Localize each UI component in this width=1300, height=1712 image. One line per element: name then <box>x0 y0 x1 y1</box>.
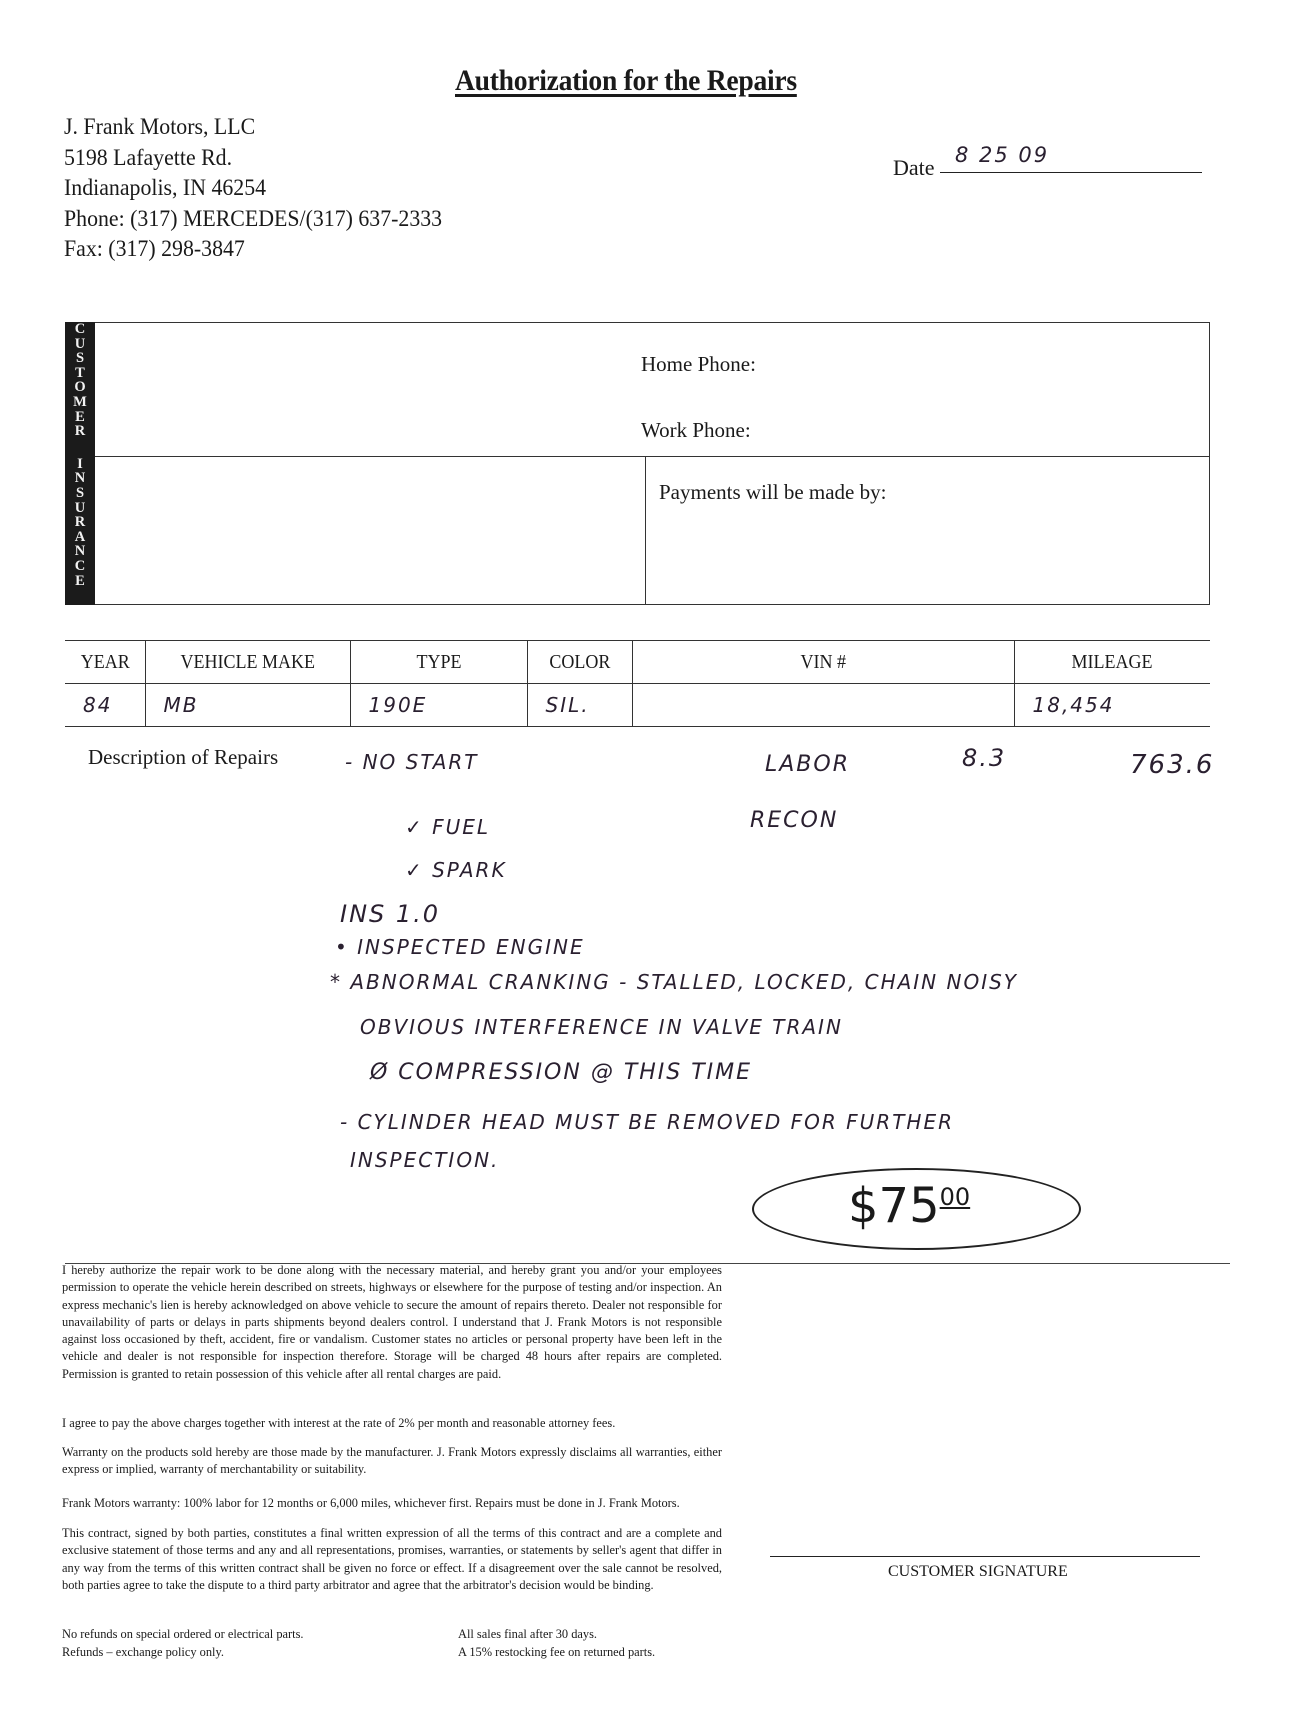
sidebar-letter: C <box>65 322 95 337</box>
home-phone-label: Home Phone: <box>641 352 756 377</box>
sidebar-letter: R <box>65 424 95 439</box>
authorization-text: I hereby authorize the repair work to be… <box>62 1262 722 1383</box>
make-value[interactable]: MB <box>145 684 350 727</box>
sidebar-insurance-label: INSURANCE <box>65 457 95 588</box>
color-value[interactable]: SIL. <box>527 684 632 727</box>
sidebar-customer-label: CUSTOMER <box>65 322 95 439</box>
signature-label: CUSTOMER SIGNATURE <box>888 1563 1068 1581</box>
repair-line: - NO START <box>345 750 479 774</box>
interest-text: I agree to pay the above charges togethe… <box>62 1415 722 1432</box>
payments-divider <box>645 456 646 605</box>
sidebar-letter: R <box>65 515 95 530</box>
col-make: VEHICLE MAKE <box>145 641 350 684</box>
company-info: J. Frank Motors, LLC 5198 Lafayette Rd. … <box>64 112 462 265</box>
sidebar-letter: I <box>65 457 95 472</box>
signature-field[interactable] <box>770 1556 1200 1557</box>
sidebar-letter: U <box>65 337 95 352</box>
repair-line: ✓ FUEL <box>405 815 490 839</box>
frank-warranty-text: Frank Motors warranty: 100% labor for 12… <box>62 1495 722 1512</box>
work-phone-label: Work Phone: <box>641 418 751 443</box>
sidebar-letter: E <box>65 410 95 425</box>
refund-policy: No refunds on special ordered or electri… <box>62 1625 304 1661</box>
sidebar-letter: S <box>65 351 95 366</box>
repair-line: OBVIOUS INTERFERENCE IN VALVE TRAIN <box>360 1015 843 1039</box>
vehicle-header-row: YEAR VEHICLE MAKE TYPE COLOR VIN # MILEA… <box>65 641 1210 684</box>
sidebar-letter: N <box>65 544 95 559</box>
type-value[interactable]: 190E <box>350 684 527 727</box>
warranty-text: Warranty on the products sold hereby are… <box>62 1444 722 1479</box>
col-year: YEAR <box>65 641 145 684</box>
sidebar-letter: N <box>65 471 95 486</box>
customer-insurance-sidebar: CUSTOMER INSURANCE <box>65 322 95 605</box>
col-mileage: MILEAGE <box>1014 641 1210 684</box>
sales-policy: All sales final after 30 days. A 15% res… <box>458 1625 655 1661</box>
estimate-cents: 00 <box>940 1183 971 1211</box>
repair-line: - CYLINDER HEAD MUST BE REMOVED FOR FURT… <box>340 1110 954 1134</box>
repair-line: * ABNORMAL CRANKING - STALLED, LOCKED, C… <box>330 970 1018 994</box>
company-fax: Fax: (317) 298-3847 <box>64 234 442 265</box>
col-type: TYPE <box>350 641 527 684</box>
repair-line: • INSPECTED ENGINE <box>335 935 585 959</box>
company-street: 5198 Lafayette Rd. <box>64 143 442 174</box>
repair-line: INS 1.0 <box>340 900 440 928</box>
company-name: J. Frank Motors, LLC <box>64 112 442 143</box>
sidebar-letter: O <box>65 380 95 395</box>
labor-label: LABOR <box>765 752 850 777</box>
repair-line: Ø COMPRESSION @ THIS TIME <box>370 1060 752 1085</box>
vehicle-value-row: 84 MB 190E SIL. 18,454 <box>65 684 1210 727</box>
sidebar-letter: A <box>65 530 95 545</box>
col-color: COLOR <box>527 641 632 684</box>
document-title: Authorization for the Repairs <box>455 64 797 98</box>
col-vin: VIN # <box>632 641 1014 684</box>
recon-label: RECON <box>750 808 838 833</box>
year-value[interactable]: 84 <box>65 684 145 727</box>
date-field[interactable] <box>940 172 1202 173</box>
repair-line: INSPECTION. <box>350 1148 499 1172</box>
date-value: 8 25 09 <box>955 143 1049 167</box>
date-label: Date <box>893 155 935 181</box>
sidebar-letter: C <box>65 559 95 574</box>
sidebar-letter: E <box>65 574 95 589</box>
payments-label: Payments will be made by: <box>659 480 886 505</box>
sidebar-letter: U <box>65 501 95 516</box>
section-divider <box>95 456 1210 457</box>
estimate-amount: $7500 <box>848 1178 970 1234</box>
company-phone: Phone: (317) MERCEDES/(317) 637-2333 <box>64 204 442 235</box>
sidebar-letter: S <box>65 486 95 501</box>
vehicle-table: YEAR VEHICLE MAKE TYPE COLOR VIN # MILEA… <box>65 640 1210 727</box>
sidebar-letter: M <box>65 395 95 410</box>
vin-value[interactable] <box>632 684 1014 727</box>
mileage-value[interactable]: 18,454 <box>1014 684 1210 727</box>
labor-total: 763.6 <box>1130 750 1214 780</box>
sidebar-letter: T <box>65 366 95 381</box>
description-label: Description of Repairs <box>88 745 278 770</box>
company-city: Indianapolis, IN 46254 <box>64 173 442 204</box>
contract-text: This contract, signed by both parties, c… <box>62 1525 722 1594</box>
labor-hours: 8.3 <box>962 744 1006 772</box>
repair-line: ✓ SPARK <box>405 858 507 882</box>
